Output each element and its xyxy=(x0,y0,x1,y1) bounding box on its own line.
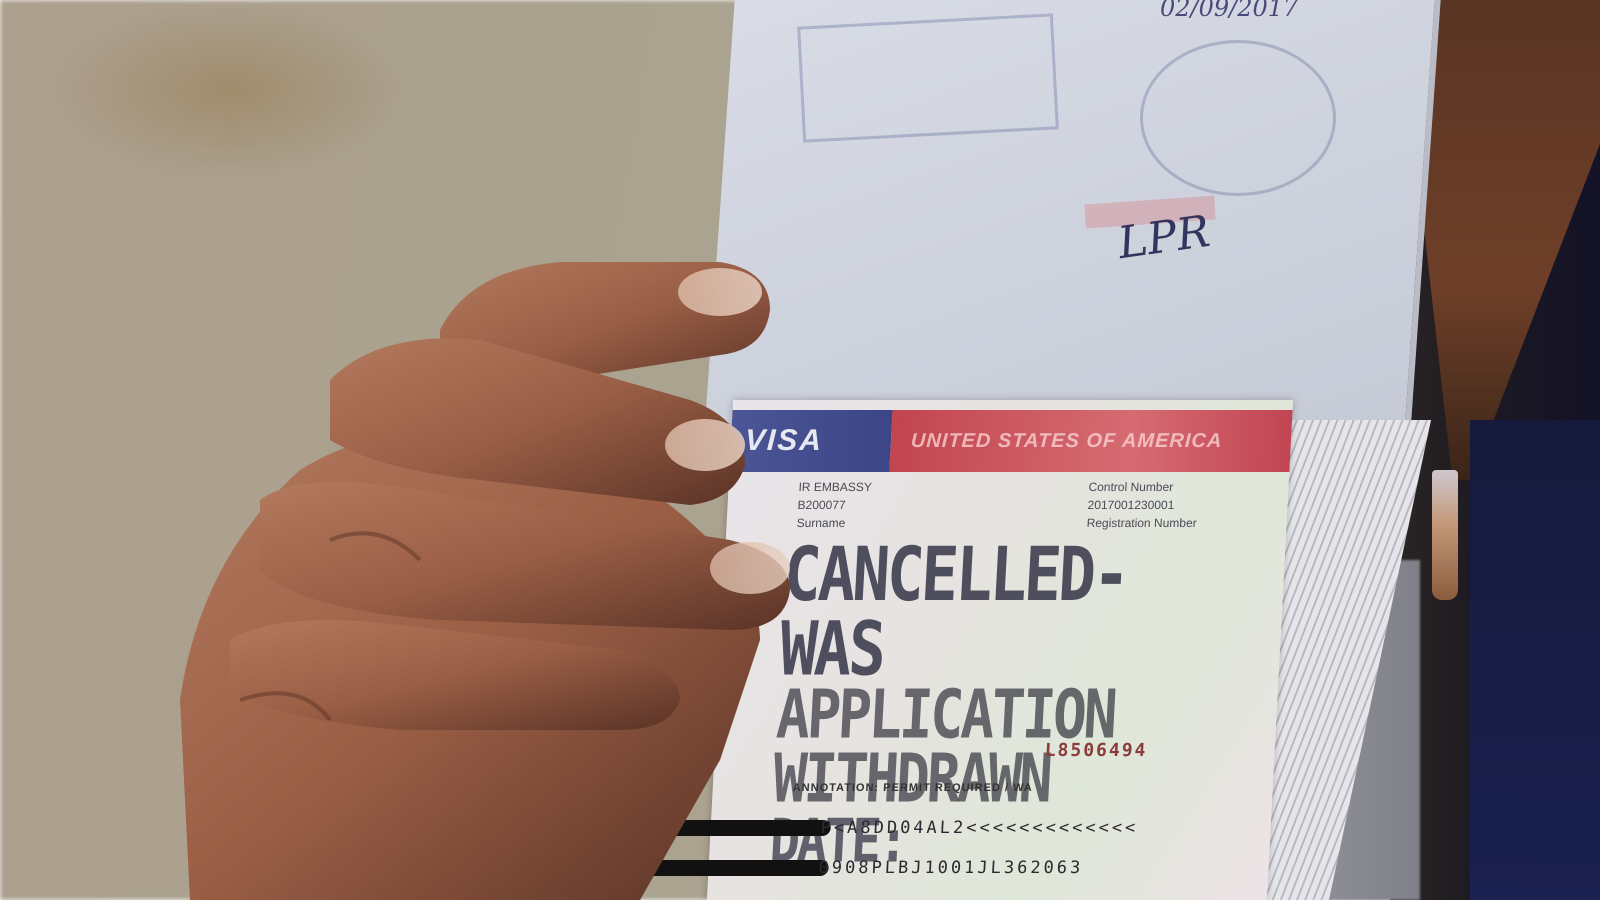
mrz-line-1: P<A8DD04AL2<<<<<<<<<<<<< xyxy=(820,818,1139,838)
field-control-label: Control Number xyxy=(1088,480,1173,494)
field-registration-label: Registration Number xyxy=(1086,516,1197,530)
field-surname-label: Surname xyxy=(796,516,845,530)
seal-stamp xyxy=(1140,40,1336,196)
handwritten-date: 02/09/2017 xyxy=(1160,0,1298,22)
visa-country: UNITED STATES OF AMERICA xyxy=(910,430,1223,453)
visa-blue-band: VISA xyxy=(729,410,892,472)
cancel-line-1: CANCELLED-WAS xyxy=(778,538,1206,687)
visa-header: VISA UNITED STATES OF AMERICA xyxy=(729,410,1292,472)
entry-stamp xyxy=(797,13,1059,142)
visa-annotation: ANNOTATION: PERMIT REQUIRED / WA xyxy=(792,782,1033,794)
redaction-bar xyxy=(530,820,831,836)
visa-title: VISA xyxy=(744,424,824,458)
photo-scene: LPR 02/09/2017 VISA UNITED STATES OF AME… xyxy=(0,0,1600,900)
zipper-pull xyxy=(1432,470,1458,600)
redaction-bar xyxy=(528,860,829,876)
field-issuing-post: IR EMBASSY xyxy=(798,480,872,494)
mrz-line-2: 0908PLBJ1001JL362063 xyxy=(818,858,1084,878)
jacket-inner xyxy=(1470,420,1600,900)
visa-foil: VISA UNITED STATES OF AMERICA IR EMBASSY… xyxy=(707,400,1293,900)
visa-number: L8506494 xyxy=(1044,740,1148,761)
visa-red-band: UNITED STATES OF AMERICA xyxy=(889,410,1292,472)
field-number: B200077 xyxy=(797,498,846,512)
field-control-value: 2017001230001 xyxy=(1087,498,1174,512)
